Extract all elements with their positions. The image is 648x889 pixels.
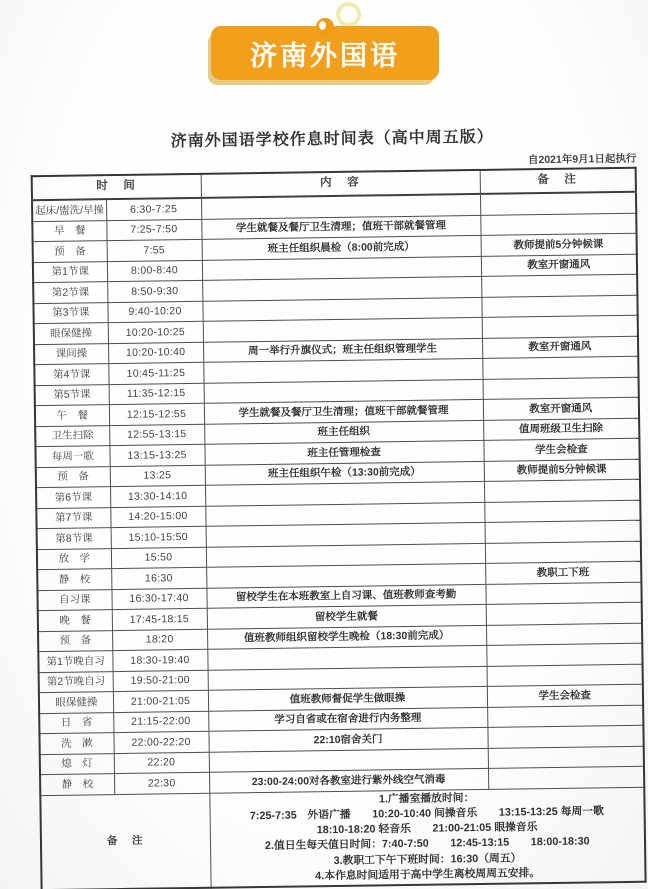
- row-item: 每周一歌: [35, 446, 109, 468]
- row-note: [486, 643, 642, 666]
- row-note: [486, 602, 642, 625]
- header-time: 时 间: [32, 174, 201, 200]
- row-item: 午 餐: [35, 405, 109, 427]
- row-item: 卫生扫除: [35, 425, 109, 447]
- row-time: 13:30-14:10: [110, 485, 205, 507]
- row-note: [481, 274, 637, 297]
- remarks-label: 备 注: [40, 793, 210, 889]
- header-note: 备 注: [480, 168, 636, 194]
- row-item: 静 校: [40, 774, 114, 796]
- ring-icon: [336, 2, 361, 27]
- row-time: 18:20: [112, 629, 207, 651]
- row-time: 22:20: [114, 752, 209, 774]
- row-time: 17:45-18:15: [112, 608, 207, 630]
- row-note: 教室开窗通风: [481, 254, 637, 277]
- row-item: 预 备: [36, 466, 110, 488]
- row-item: 眼保健操: [39, 692, 113, 714]
- row-note: [480, 213, 636, 236]
- row-item: 第2节晚自习: [39, 671, 113, 693]
- row-time: 10:20-10:40: [108, 342, 203, 364]
- row-time: 8:00-8:40: [107, 260, 202, 282]
- row-item: 第5节课: [35, 384, 109, 406]
- row-time: 12:55-13:15: [109, 424, 204, 446]
- row-note: [481, 295, 637, 318]
- row-note: [485, 582, 641, 605]
- row-time: 22:30: [114, 772, 209, 794]
- row-item: 早 餐: [32, 220, 106, 242]
- row-time: 16:30: [111, 567, 206, 589]
- row-item: 预 备: [33, 241, 107, 263]
- row-item: 课间操: [34, 343, 108, 365]
- row-note: 教师提前5分钟候课: [481, 233, 637, 256]
- row-time: 9:40-10:20: [107, 301, 202, 323]
- timetable-document: 济南外国语学校作息时间表（高中周五版） 自2021年9月1日起执行 时 间 内 …: [24, 122, 648, 889]
- row-note: [482, 315, 638, 338]
- row-note: 学生会检查: [487, 684, 643, 707]
- row-note: [483, 377, 639, 400]
- row-item: 日 省: [39, 712, 113, 734]
- header-badge-area: 济南外国语: [0, 0, 648, 100]
- row-time: 21:15-22:00: [113, 711, 208, 733]
- doc-title: 济南外国语学校作息时间表（高中周五版）: [24, 122, 640, 154]
- row-time: 14:20-15:00: [110, 506, 205, 528]
- row-time: 15:50: [111, 547, 206, 569]
- row-time: 13:25: [110, 465, 205, 487]
- row-note: [484, 500, 640, 523]
- row-item: 静 校: [37, 569, 111, 591]
- row-note: 学生会检查: [483, 438, 639, 461]
- row-item: 第2节课: [33, 282, 107, 304]
- row-note: 教室开窗通风: [483, 397, 639, 420]
- row-time: 12:15-12:55: [109, 403, 204, 425]
- row-note: 值周班级卫生扫除: [483, 418, 639, 441]
- row-note: [487, 705, 643, 728]
- row-note: [488, 746, 644, 769]
- row-note: 教职工下班: [485, 561, 641, 584]
- row-time: 21:00-21:05: [113, 690, 208, 712]
- row-time: 15:10-15:50: [111, 526, 206, 548]
- row-time: 7:25-7:50: [106, 219, 201, 241]
- remarks-body: 1.广播室播放时间：7:25-7:35 外语广播 10:20-10:40 间操音…: [209, 787, 645, 889]
- row-note: [486, 623, 642, 646]
- row-item: 起床/盥洗/早操: [32, 199, 106, 221]
- row-item: 第4节课: [34, 364, 108, 386]
- page: 济南外国语 济南外国语学校作息时间表（高中周五版） 自2021年9月1日起执行 …: [0, 0, 648, 889]
- droplet-icon: [316, 18, 334, 36]
- row-item: 放 学: [37, 548, 111, 570]
- row-note: 教师提前5分钟候课: [484, 459, 640, 482]
- row-note: [480, 192, 636, 215]
- row-time: 16:30-17:40: [111, 588, 206, 610]
- row-time: 10:20-10:25: [108, 321, 203, 343]
- row-item: 晚 餐: [38, 610, 112, 632]
- row-note: [487, 725, 643, 748]
- row-item: 第1节课: [33, 261, 107, 283]
- row-item: 第3节课: [33, 302, 107, 324]
- row-time: 11:35-12:15: [109, 383, 204, 405]
- row-time: 6:30-7:25: [106, 198, 201, 220]
- row-note: 教室开窗通风: [482, 336, 638, 359]
- row-time: 22:00-22:20: [113, 731, 208, 753]
- row-item: 洗 漱: [39, 733, 113, 755]
- row-item: 自习课: [37, 589, 111, 611]
- row-item: 预 备: [38, 630, 112, 652]
- row-note: [487, 664, 643, 687]
- row-item: 熄 灯: [40, 753, 114, 775]
- row-time: 7:55: [107, 239, 202, 261]
- row-note: [485, 520, 641, 543]
- row-item: 眼保健操: [34, 323, 108, 345]
- row-time: 13:15-13:25: [109, 444, 204, 466]
- row-time: 19:50-21:00: [113, 670, 208, 692]
- remarks-row: 备 注 1.广播室播放时间：7:25-7:35 外语广播 10:20-10:40…: [40, 787, 645, 889]
- row-time: 10:45-11:25: [108, 362, 203, 384]
- row-note: [488, 766, 644, 789]
- row-note: [484, 479, 640, 502]
- row-item: 第6节课: [36, 487, 110, 509]
- row-item: 第8节课: [37, 528, 111, 550]
- row-time: 8:50-9:30: [107, 280, 202, 302]
- row-item: 第7节课: [36, 507, 110, 529]
- school-badge-label: 济南外国语: [250, 34, 400, 73]
- row-time: 18:30-19:40: [112, 649, 207, 671]
- schedule-body: 起床/盥洗/早操 6:30-7:25 早 餐 7:25-7:50 学生就餐及餐厅…: [32, 192, 644, 795]
- row-note: [482, 356, 638, 379]
- schedule-table: 时 间 内 容 备 注 起床/盥洗/早操 6:30-7:25 早 餐 7:25-…: [31, 167, 647, 889]
- row-item: 第1节晚自习: [38, 651, 112, 673]
- row-note: [485, 541, 641, 564]
